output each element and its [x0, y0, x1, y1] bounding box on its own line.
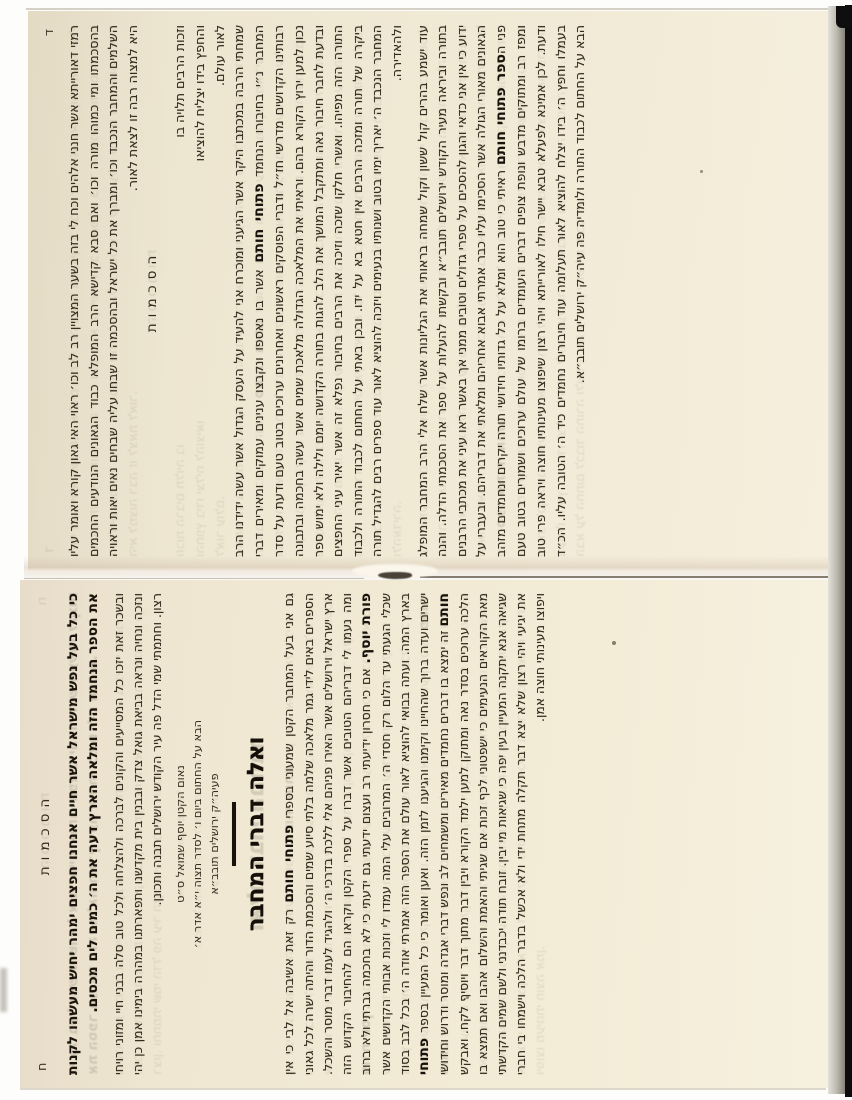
author-words-heading: ואלה דברי המחבר — [243, 593, 269, 1075]
crease-shadow-line-faint — [24, 578, 364, 579]
page-number-bottom: ח — [35, 1063, 50, 1072]
short-closing-lines: וזכות הרבים תלויה בווהחפץ בידו יצליח להו… — [170, 25, 229, 557]
scanned-book-spread: ד רמזי דאורייתא אשר חנני אלהים וכח לי בז… — [0, 0, 852, 1100]
paper-speck — [612, 641, 616, 645]
paper-speck — [700, 170, 703, 173]
section-divider-rule — [232, 802, 236, 866]
top-page-text-block: ד רמזי דאורייתא אשר חנני אלהים וכח לי בז… — [42, 25, 814, 557]
bottom-page-edge-shadow — [20, 1088, 826, 1090]
left-margin-smudge — [0, 968, 7, 1012]
signature-lines: נאום הקטן יוסף שמואל ס״טהבא על החתום ביו… — [172, 593, 223, 1075]
scanner-edge-corner — [836, 6, 852, 28]
paper-speck — [466, 996, 469, 999]
paper-tear — [378, 572, 412, 579]
running-header-haskamot: הסכמות — [37, 593, 53, 1075]
top-page: ד רמזי דאורייתא אשר חנני אלהים וכח לי בז… — [28, 11, 828, 571]
scanner-edge-black-strip — [845, 5, 852, 1097]
approbation-final-paragraph: ובשכר זאת יזכו כל המסייעים והקונים לברכה… — [109, 593, 166, 1075]
author-preface-paragraph: גם אני בעל המחבר הקטן שמעוני בספרי פתוחי… — [279, 593, 549, 1075]
bottom-page: ח הסכמות כי כל בעל נפש מישראל אשר חיים א… — [20, 580, 828, 1088]
crease-shadow-line — [420, 576, 830, 578]
previous-approbation-ending: רמזי דאורייתא אשר חנני אלהים וכח לי בזה … — [64, 25, 142, 557]
section-title-haskamot-top: הסכמות — [144, 25, 160, 557]
page-number-top: ד — [42, 29, 57, 36]
bold-closing-blessing: כי כל בעל נפש מישראל אשר חיים אנחנו חפצי… — [63, 593, 103, 1075]
approbation-paragraph-2: עוד ישמע בהרים קול ששון וקול שמחה בראותי… — [413, 25, 590, 557]
approbation-paragraph-1: שמחתי הרבה במכתבו היקר אשר הגיעני ומוכרח… — [229, 25, 406, 557]
scan-top-edge-line — [26, 8, 828, 10]
bottom-page-text-block: ח הסכמות כי כל בעל נפש מישראל אשר חיים א… — [35, 593, 813, 1075]
